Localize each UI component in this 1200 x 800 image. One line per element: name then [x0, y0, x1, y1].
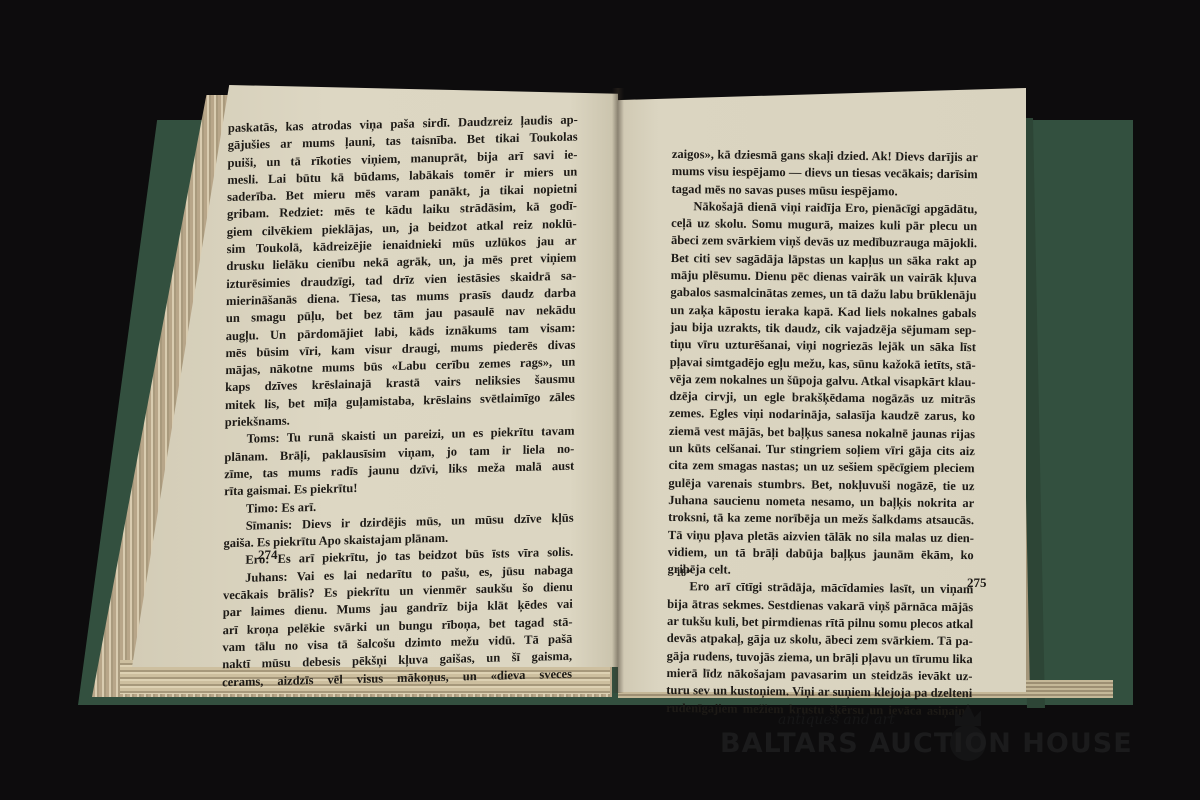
left-page-number: 274	[258, 547, 278, 563]
right-page-number: 275	[967, 575, 987, 591]
watermark-tagline: antiques and art	[778, 712, 895, 728]
signature-mark: 18*	[676, 568, 691, 579]
book-gutter	[612, 88, 624, 693]
watermark-logo: BALTARS AUCTION HOUSE	[720, 728, 1133, 759]
photo-scene: paskatās, kas atrodas viņa paša sirdī. D…	[0, 0, 1200, 800]
right-page-text: zaigos», kā dziesmā gans skaļi dzied. Ak…	[666, 146, 978, 720]
left-page-text: paskatās, kas atrodas viņa paša sirdī. D…	[222, 111, 578, 691]
